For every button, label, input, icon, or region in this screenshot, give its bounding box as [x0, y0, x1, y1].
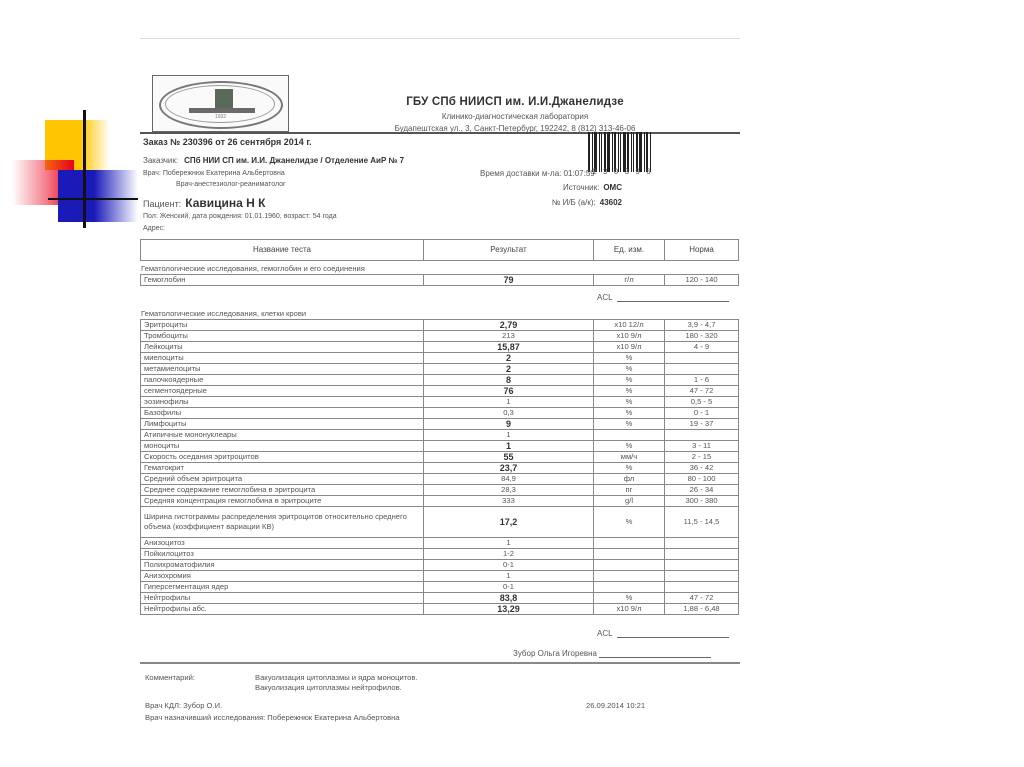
- test-name-cell: моноциты: [141, 441, 424, 452]
- result-cell: 28,3: [424, 485, 594, 496]
- results-table-blood-cells: Эритроциты2,79x10 12/л3,9 - 4,7Тромбоцит…: [140, 319, 739, 615]
- barcode-bar: [588, 132, 590, 172]
- patient-address-label: Адрес:: [143, 225, 165, 232]
- norm-cell: [665, 571, 739, 582]
- barcode-bar: [607, 132, 610, 172]
- test-name-cell: Лейкоциты: [141, 342, 424, 353]
- ordering-doctor: Врач назначивший исследования: Побережню…: [145, 713, 400, 722]
- result-cell: 23,7: [424, 463, 594, 474]
- barcode-bar: [614, 132, 616, 172]
- barcode-bar: [618, 132, 619, 172]
- unit-cell: %: [594, 408, 665, 419]
- table-row: Гиперсегментация ядер0-1: [141, 582, 739, 593]
- norm-cell: 180 - 320: [665, 331, 739, 342]
- norm-cell: 3 - 11: [665, 441, 739, 452]
- barcode-bar: [639, 132, 642, 172]
- ornament-vertical-line: [83, 110, 86, 228]
- barcode-bar: [594, 132, 597, 172]
- norm-cell: 4 - 9: [665, 342, 739, 353]
- test-name-cell: Базофилы: [141, 408, 424, 419]
- source-value: ОМС: [603, 183, 622, 192]
- test-name-cell: Атипичные мононуклеары: [141, 430, 424, 441]
- table-row: Атипичные мононуклеары1: [141, 430, 739, 441]
- result-cell: 2: [424, 364, 594, 375]
- patient-line: Пациент:Кавицина Н К: [143, 196, 266, 210]
- unit-cell: %: [594, 397, 665, 408]
- header-test-name: Название теста: [141, 240, 424, 261]
- barcode-bar: [592, 132, 593, 172]
- doctor-label: Врач:: [143, 170, 161, 177]
- header-norm: Норма: [665, 240, 739, 261]
- norm-cell: [665, 549, 739, 560]
- customer-line: Заказчик:СПб НИИ СП им. И.И. Джанелидзе …: [143, 156, 404, 165]
- doctor-line: Врач: Побережнюк Екатерина Альбертовна: [143, 170, 285, 177]
- barcode: 230396: [588, 132, 666, 182]
- results-table-header: Название теста Результат Ед. изм. Норма: [140, 239, 739, 261]
- signature-line: [599, 649, 711, 658]
- result-cell: 1: [424, 538, 594, 549]
- unit-cell: g/l: [594, 496, 665, 507]
- department-name: Клинико-диагностическая лаборатория: [290, 112, 740, 121]
- comment-line: Вакуолизация цитоплазмы нейтрофилов.: [255, 683, 417, 693]
- barcode-bars: [588, 132, 666, 172]
- unit-cell: x10 12/л: [594, 320, 665, 331]
- acl-label: ACL: [597, 629, 613, 638]
- table-row: Базофилы0,3%0 - 1: [141, 408, 739, 419]
- result-cell: 84,9: [424, 474, 594, 485]
- barcode-digits: 230396: [588, 168, 666, 177]
- report-datetime: 26.09.2014 10:21: [586, 701, 645, 710]
- norm-cell: 47 - 72: [665, 386, 739, 397]
- lab-report-document: 1932 ГБУ СПб НИИСП им. И.И.Джанелидзе Кл…: [140, 38, 740, 728]
- acl-signature-2: ACL: [597, 629, 729, 638]
- order-title: Заказ № 230396 от 26 сентября 2014 г.: [143, 137, 312, 147]
- table-row: сегментоядерные76%47 - 72: [141, 386, 739, 397]
- norm-cell: 80 - 100: [665, 474, 739, 485]
- norm-cell: 19 - 37: [665, 419, 739, 430]
- result-cell: 2: [424, 353, 594, 364]
- slide-ornament: [0, 90, 160, 240]
- unit-cell: [594, 549, 665, 560]
- doctor-name: Побережнюк Екатерина Альбертовна: [163, 170, 285, 177]
- footer-divider: [140, 662, 740, 664]
- test-name-cell: Лимфоциты: [141, 419, 424, 430]
- barcode-bar: [636, 132, 638, 172]
- unit-cell: г/л: [594, 275, 665, 286]
- unit-cell: %: [594, 593, 665, 604]
- result-cell: 83,8: [424, 593, 594, 604]
- test-name-cell: сегментоядерные: [141, 386, 424, 397]
- table-row: Гемоглобин79г/л120 - 140: [141, 275, 739, 286]
- logo-base: [189, 108, 255, 113]
- table-row: Полихроматофилия0-1: [141, 560, 739, 571]
- table-row: Лимфоциты9%19 - 37: [141, 419, 739, 430]
- lab-doctor: Врач КДЛ: Зубор О.И.: [145, 701, 222, 710]
- norm-cell: 1 - 6: [665, 375, 739, 386]
- unit-cell: %: [594, 375, 665, 386]
- table-row: Среднее содержание гемоглобина в эритроц…: [141, 485, 739, 496]
- norm-cell: 26 - 34: [665, 485, 739, 496]
- result-cell: 17,2: [424, 507, 594, 538]
- table-row: Нейтрофилы абс.13,29x10 9/л1,88 - 6,48: [141, 604, 739, 615]
- patient-demographics: Пол: Женский, дата рождения: 01.01.1960,…: [143, 213, 337, 220]
- table-row: Нейтрофилы83,8%47 - 72: [141, 593, 739, 604]
- signer-signature: Зубор Ольга Игоревна: [513, 649, 711, 658]
- result-cell: 213: [424, 331, 594, 342]
- norm-cell: [665, 430, 739, 441]
- barcode-bar: [604, 132, 606, 172]
- ornament-blue-square: [58, 170, 138, 222]
- norm-cell: 36 - 42: [665, 463, 739, 474]
- norm-cell: 0,5 - 5: [665, 397, 739, 408]
- result-cell: 1: [424, 571, 594, 582]
- barcode-bar: [644, 132, 645, 172]
- source-label: Источник:: [563, 183, 599, 192]
- scan-top-edge: [140, 38, 740, 39]
- norm-cell: 2 - 15: [665, 452, 739, 463]
- organization-header: ГБУ СПб НИИСП им. И.И.Джанелидзе Клинико…: [290, 96, 740, 133]
- unit-cell: [594, 538, 665, 549]
- patient-label: Пациент:: [143, 199, 181, 209]
- customer-value: СПб НИИ СП им. И.И. Джанелидзе / Отделен…: [184, 156, 404, 165]
- comment-line: Вакуолизация цитоплазмы и ядра моноцитов…: [255, 673, 417, 683]
- comment-label: Комментарий:: [145, 673, 195, 682]
- barcode-bar: [612, 132, 613, 172]
- table-row: миелоциты2%: [141, 353, 739, 364]
- acl-label: ACL: [597, 293, 613, 302]
- unit-cell: [594, 571, 665, 582]
- test-name-cell: Среднее содержание гемоглобина в эритроц…: [141, 485, 424, 496]
- norm-cell: 0 - 1: [665, 408, 739, 419]
- unit-cell: [594, 560, 665, 571]
- table-row: Средний объем эритроцита84,9фл80 - 100: [141, 474, 739, 485]
- norm-cell: [665, 364, 739, 375]
- acl-signature-1: ACL: [597, 293, 729, 302]
- case-number-line: № И/Б (а/к):43602: [490, 198, 622, 207]
- ornament-horizontal-line: [48, 198, 138, 200]
- result-cell: 55: [424, 452, 594, 463]
- table-row: Скорость оседания эритроцитов55мм/ч2 - 1…: [141, 452, 739, 463]
- barcode-bar: [650, 132, 651, 172]
- norm-cell: [665, 560, 739, 571]
- delivery-label: Время доставки м-ла:: [480, 169, 561, 178]
- test-name-cell: Гиперсегментация ядер: [141, 582, 424, 593]
- result-cell: 1-2: [424, 549, 594, 560]
- test-name-cell: Ширина гистограммы распределения эритроц…: [141, 507, 424, 538]
- table-row: Пойкилоцитоз1-2: [141, 549, 739, 560]
- result-cell: 0,3: [424, 408, 594, 419]
- test-name-cell: Гемоглобин: [141, 275, 424, 286]
- source-line: Источник:ОМС: [490, 183, 622, 192]
- result-cell: 2,79: [424, 320, 594, 331]
- unit-cell: x10 9/л: [594, 331, 665, 342]
- norm-cell: 300 - 380: [665, 496, 739, 507]
- table-row: эозинофилы1%0,5 - 5: [141, 397, 739, 408]
- test-name-cell: Эритроциты: [141, 320, 424, 331]
- unit-cell: %: [594, 386, 665, 397]
- results-table-hemoglobin: Гемоглобин79г/л120 - 140: [140, 274, 739, 286]
- result-cell: 1: [424, 397, 594, 408]
- institute-logo: 1932: [152, 75, 289, 132]
- result-cell: 15,87: [424, 342, 594, 353]
- norm-cell: 1,88 - 6,48: [665, 604, 739, 615]
- norm-cell: 120 - 140: [665, 275, 739, 286]
- unit-cell: %: [594, 441, 665, 452]
- norm-cell: 3,9 - 4,7: [665, 320, 739, 331]
- barcode-bar: [620, 132, 621, 172]
- test-name-cell: миелоциты: [141, 353, 424, 364]
- section-title-hemoglobin: Гематологические исследования, гемоглоби…: [141, 264, 365, 273]
- test-name-cell: палочкоядерные: [141, 375, 424, 386]
- test-name-cell: Тромбоциты: [141, 331, 424, 342]
- table-row: Средняя концентрация гемоглобина в эритр…: [141, 496, 739, 507]
- table-row: Анизоцитоз1: [141, 538, 739, 549]
- norm-cell: 47 - 72: [665, 593, 739, 604]
- result-cell: 0-1: [424, 582, 594, 593]
- test-name-cell: Пойкилоцитоз: [141, 549, 424, 560]
- test-name-cell: Средний объем эритроцита: [141, 474, 424, 485]
- test-name-cell: метамиелоциты: [141, 364, 424, 375]
- result-cell: 8: [424, 375, 594, 386]
- logo-year: 1932: [153, 114, 288, 120]
- barcode-bar: [601, 132, 602, 172]
- header-unit: Ед. изм.: [594, 240, 665, 261]
- result-cell: 13,29: [424, 604, 594, 615]
- table-row: моноциты1%3 - 11: [141, 441, 739, 452]
- signature-line: [617, 629, 729, 638]
- norm-cell: [665, 582, 739, 593]
- unit-cell: фл: [594, 474, 665, 485]
- barcode-bar: [646, 132, 648, 172]
- test-name-cell: Скорость оседания эритроцитов: [141, 452, 424, 463]
- unit-cell: [594, 582, 665, 593]
- header-result: Результат: [424, 240, 594, 261]
- unit-cell: %: [594, 507, 665, 538]
- unit-cell: %: [594, 364, 665, 375]
- building-icon: [215, 89, 233, 109]
- section-title-blood-cells: Гематологические исследования, клетки кр…: [141, 309, 306, 318]
- barcode-bar: [599, 132, 600, 172]
- table-row: Лейкоциты15,87x10 9/л4 - 9: [141, 342, 739, 353]
- table-row: палочкоядерные8%1 - 6: [141, 375, 739, 386]
- case-number-value: 43602: [600, 198, 622, 207]
- organization-name: ГБУ СПб НИИСП им. И.И.Джанелидзе: [290, 96, 740, 108]
- test-name-cell: Анизоцитоз: [141, 538, 424, 549]
- table-row: Гематокрит23,7%36 - 42: [141, 463, 739, 474]
- test-name-cell: Нейтрофилы абс.: [141, 604, 424, 615]
- result-cell: 1: [424, 430, 594, 441]
- result-cell: 76: [424, 386, 594, 397]
- table-row: метамиелоциты2%: [141, 364, 739, 375]
- barcode-bar: [631, 132, 632, 172]
- delivery-time: Время доставки м-ла: 01:07:59: [480, 169, 595, 178]
- result-cell: 1: [424, 441, 594, 452]
- patient-name: Кавицина Н К: [185, 196, 265, 210]
- result-cell: 79: [424, 275, 594, 286]
- delivery-value: 01:07:59: [564, 169, 595, 178]
- unit-cell: [594, 430, 665, 441]
- signer-name: Зубор Ольга Игоревна: [513, 649, 597, 658]
- signature-line: [617, 293, 729, 302]
- test-name-cell: эозинофилы: [141, 397, 424, 408]
- table-row: Ширина гистограммы распределения эритроц…: [141, 507, 739, 538]
- unit-cell: %: [594, 463, 665, 474]
- table-row: Тромбоциты213x10 9/л180 - 320: [141, 331, 739, 342]
- comment-text: Вакуолизация цитоплазмы и ядра моноцитов…: [255, 673, 417, 693]
- unit-cell: x10 9/л: [594, 342, 665, 353]
- unit-cell: мм/ч: [594, 452, 665, 463]
- unit-cell: x10 9/л: [594, 604, 665, 615]
- doctor-position: Врач-анестезиолог-реаниматолог: [176, 181, 286, 188]
- result-cell: 0-1: [424, 560, 594, 571]
- test-name-cell: Гематокрит: [141, 463, 424, 474]
- case-number-label: № И/Б (а/к):: [552, 198, 596, 207]
- result-cell: 333: [424, 496, 594, 507]
- test-name-cell: Средняя концентрация гемоглобина в эритр…: [141, 496, 424, 507]
- norm-cell: [665, 353, 739, 364]
- table-row: Анизохромия1: [141, 571, 739, 582]
- customer-label: Заказчик:: [143, 156, 178, 165]
- norm-cell: 11,5 - 14,5: [665, 507, 739, 538]
- test-name-cell: Полихроматофилия: [141, 560, 424, 571]
- unit-cell: пг: [594, 485, 665, 496]
- barcode-bar: [633, 132, 634, 172]
- barcode-bar: [627, 132, 629, 172]
- test-name-cell: Нейтрофилы: [141, 593, 424, 604]
- table-row: Эритроциты2,79x10 12/л3,9 - 4,7: [141, 320, 739, 331]
- barcode-bar: [623, 132, 626, 172]
- unit-cell: %: [594, 419, 665, 430]
- unit-cell: %: [594, 353, 665, 364]
- norm-cell: [665, 538, 739, 549]
- result-cell: 9: [424, 419, 594, 430]
- test-name-cell: Анизохромия: [141, 571, 424, 582]
